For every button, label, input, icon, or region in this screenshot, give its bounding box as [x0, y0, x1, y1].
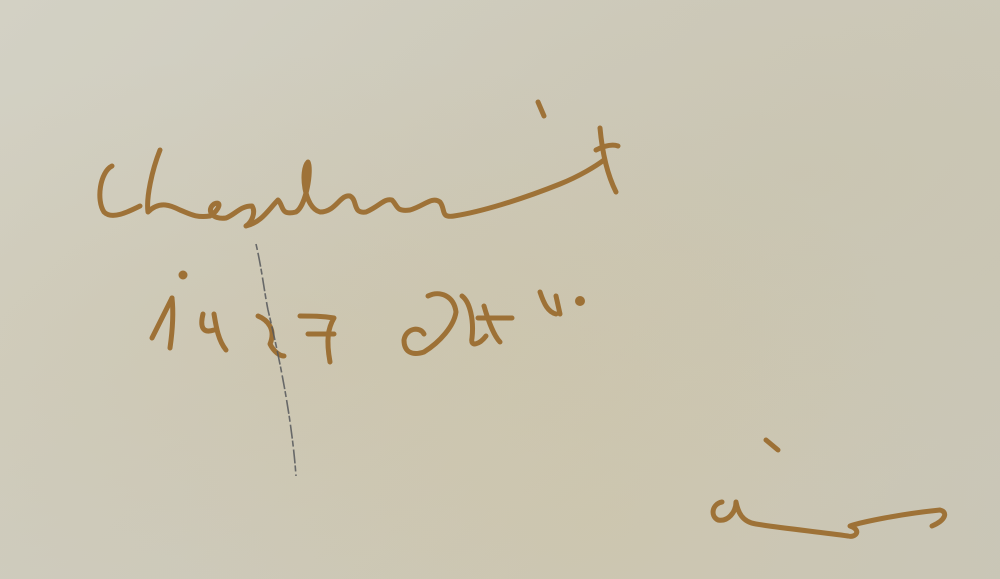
pencil-line	[256, 244, 296, 476]
handwriting-strokes	[0, 0, 1000, 579]
paper-sheet: Csöszelmaít 1947 okt 4. Ámos	[0, 0, 1000, 579]
